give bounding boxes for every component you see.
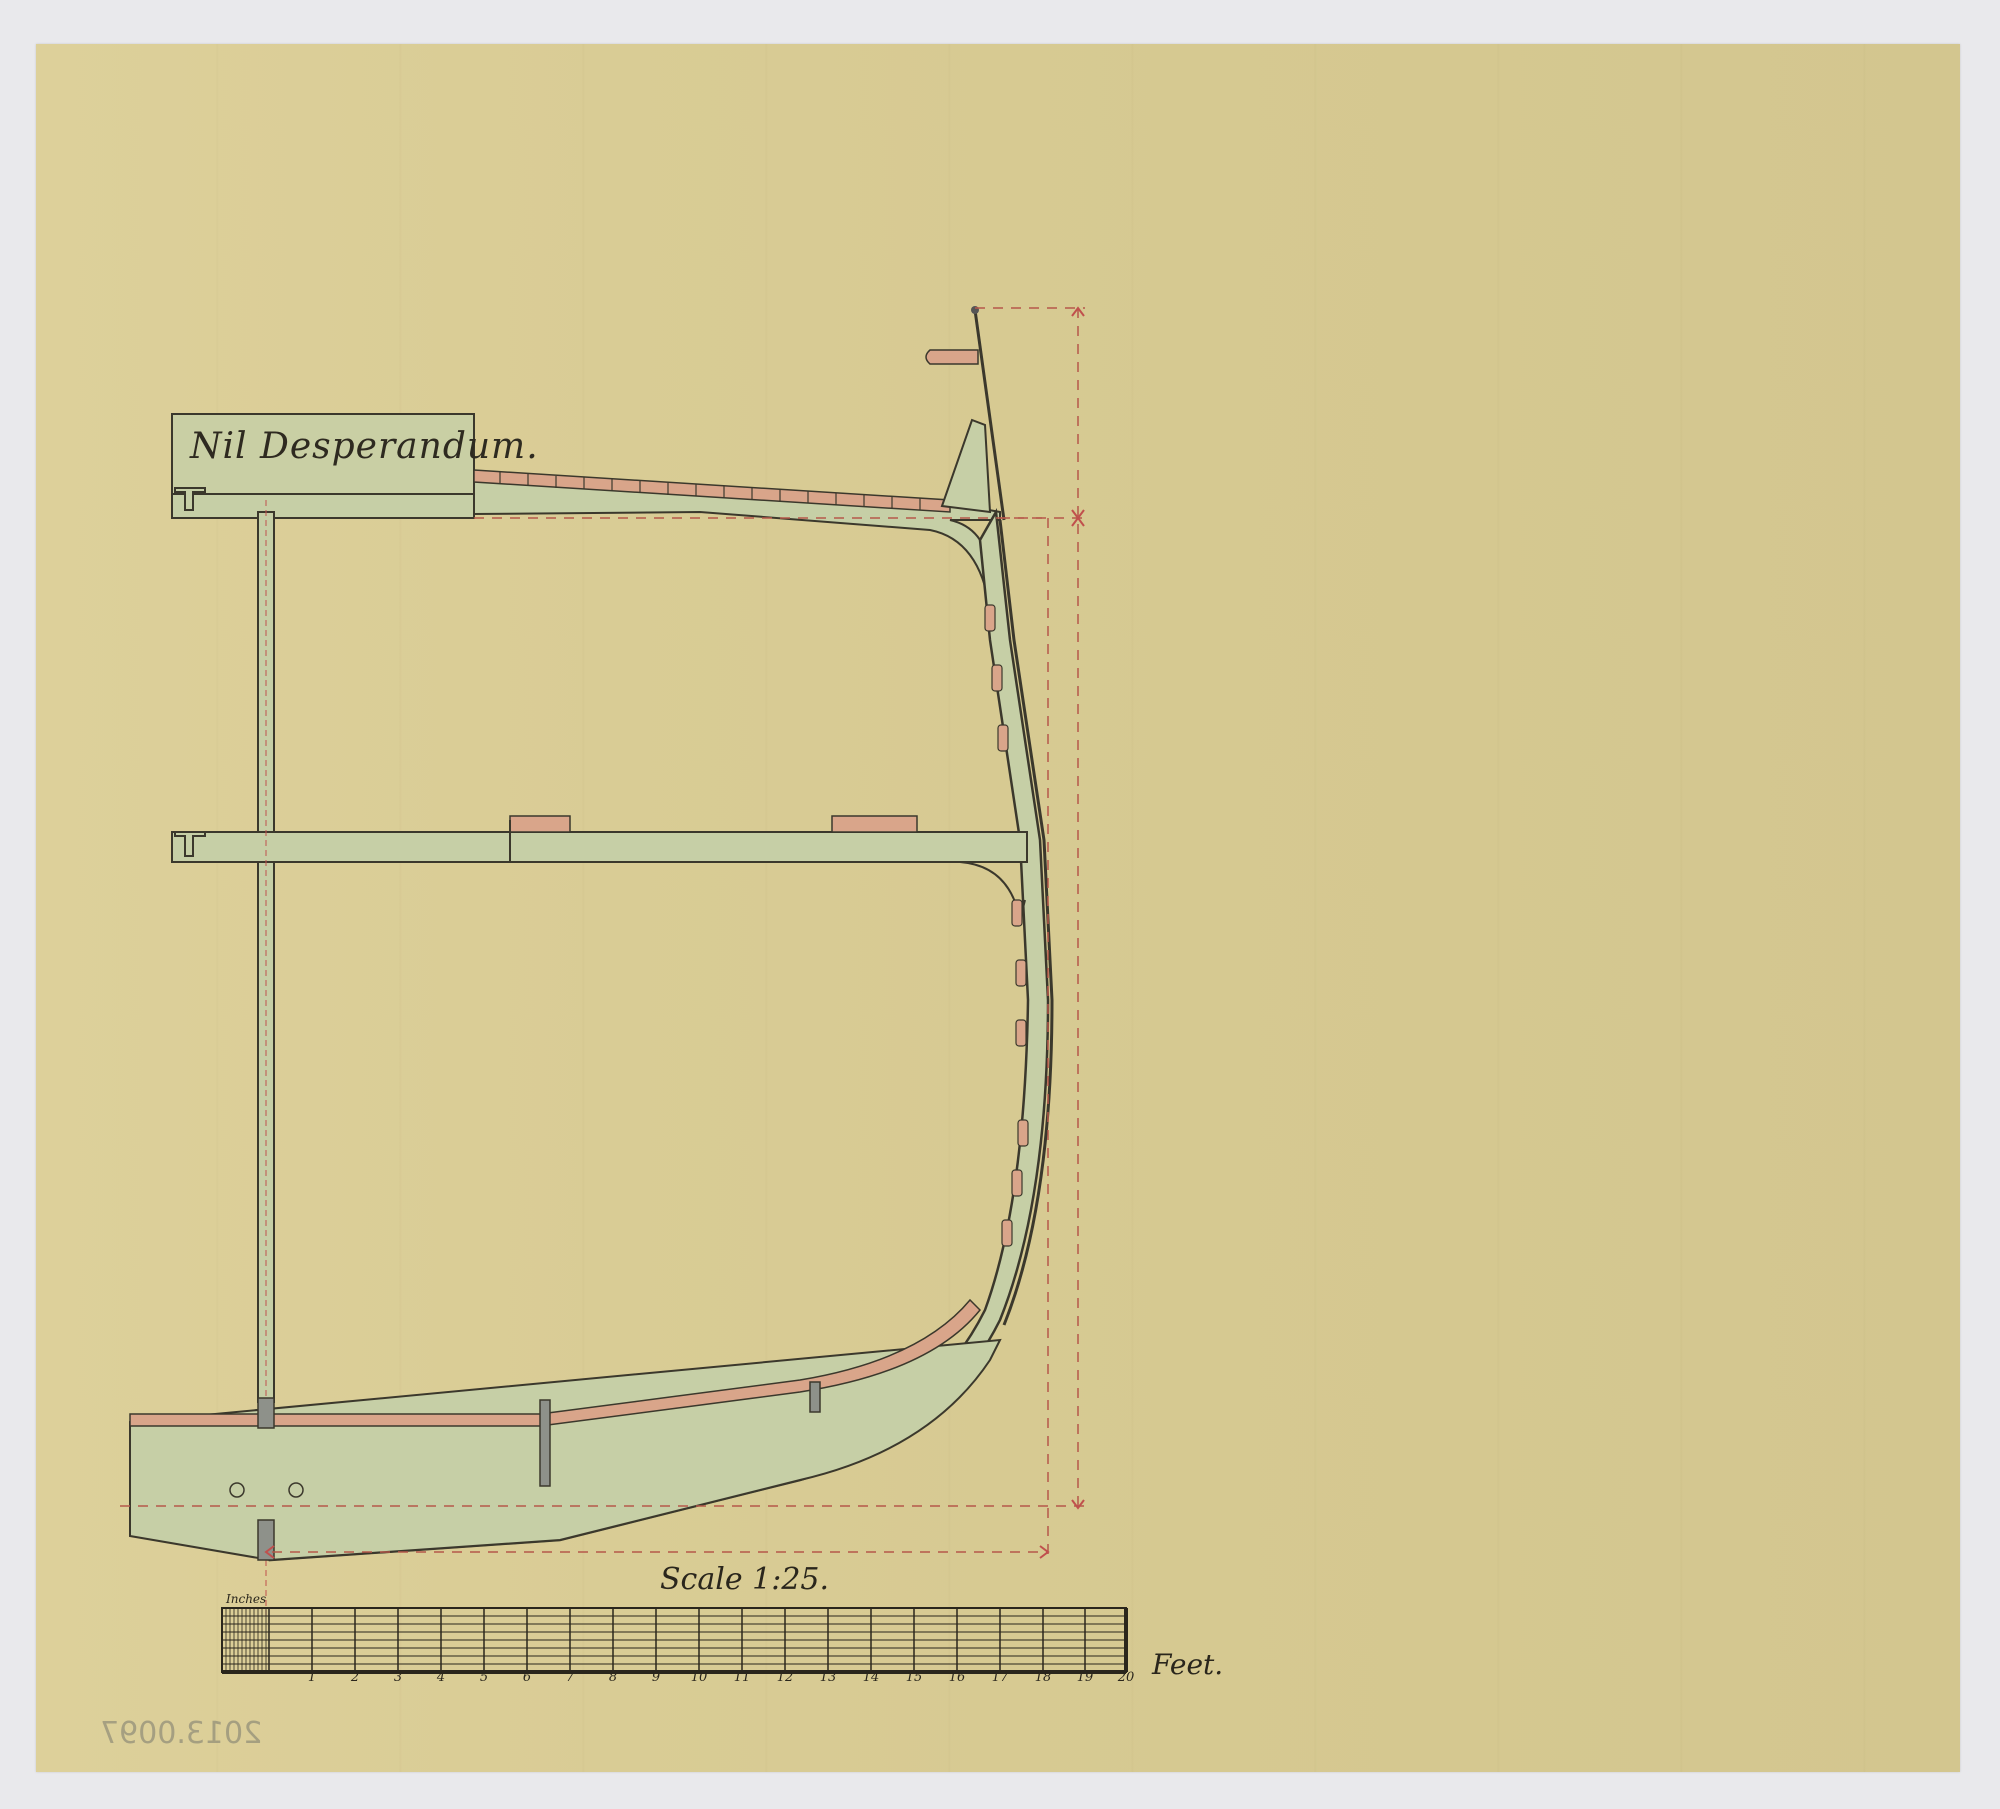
i-beam-ends [175,488,205,856]
tick-label: 9 [652,1670,660,1685]
tick-label: 16 [949,1670,966,1685]
tick-label: 15 [906,1670,923,1685]
tick-label: 10 [691,1670,708,1685]
keel [258,1520,274,1560]
rail-round [971,306,979,314]
tick-label: 7 [566,1670,574,1685]
tick-label: 2 [351,1670,359,1685]
feet-unit-label: Feet. [1152,1648,1223,1681]
ship-name-title: Nil Desperandum. [190,426,539,467]
scale-bar [222,1608,1126,1672]
hull-section-drawing [0,0,2000,1809]
catalog-number: 2013.0097 [100,1716,262,1751]
tick-label: 20 [1118,1670,1135,1685]
middle-deck-beam [172,832,1027,862]
tick-label: 1 [308,1670,316,1685]
deck-planking-right [832,816,917,832]
tick-label: 18 [1035,1670,1052,1685]
inches-label: Inches [226,1592,266,1606]
tick-label: 11 [734,1670,751,1685]
tick-label: 3 [394,1670,402,1685]
tick-label: 14 [863,1670,880,1685]
deck-planking-left [510,816,570,832]
tick-label: 19 [1077,1670,1094,1685]
tick-label: 5 [480,1670,488,1685]
tick-label: 4 [437,1670,445,1685]
tick-label: 8 [609,1670,617,1685]
tick-label: 17 [992,1670,1009,1685]
scale-title: Scale 1:25. [660,1562,829,1597]
tick-label: 13 [820,1670,837,1685]
rail-cap [926,350,978,364]
tick-label: 12 [777,1670,794,1685]
tick-label: 6 [523,1670,531,1685]
bulwark-stanchion [942,420,990,512]
